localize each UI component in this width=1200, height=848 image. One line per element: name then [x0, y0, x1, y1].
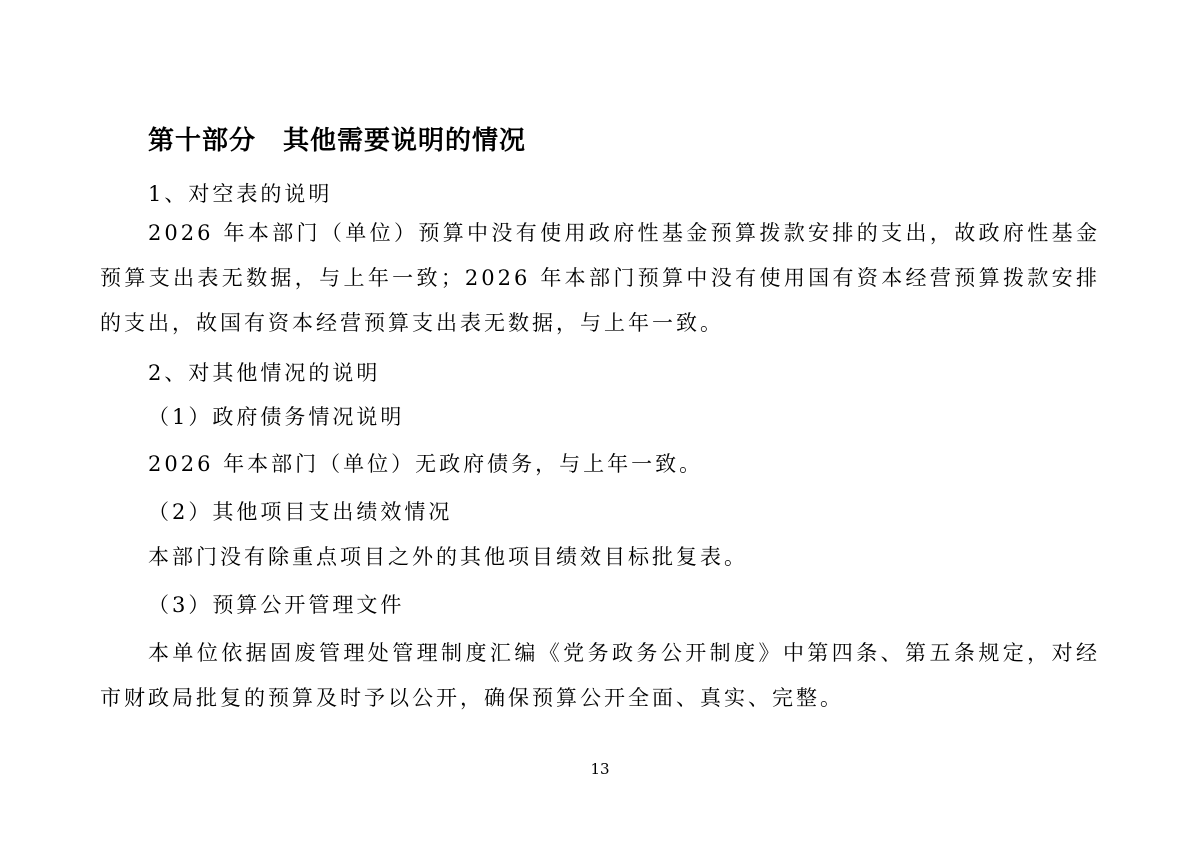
- subheading-government-debt: （1）政府债务情况说明: [100, 395, 1100, 440]
- paragraph-other-project-performance: 本部门没有除重点项目之外的其他项目绩效目标批复表。: [100, 535, 1100, 580]
- subheading-other-project-performance: （2）其他项目支出绩效情况: [100, 490, 1100, 535]
- subheading-budget-disclosure-documents: （3）预算公开管理文件: [100, 583, 1100, 628]
- paragraph-empty-tables-explanation: 2026 年本部门（单位）预算中没有使用政府性基金预算拨款安排的支出，故政府性基…: [100, 211, 1100, 346]
- subheading-other-situations: 2、对其他情况的说明: [100, 351, 1100, 396]
- paragraph-budget-disclosure-documents: 本单位依据固废管理处管理制度汇编《党务政务公开制度》中第四条、第五条规定，对经市…: [100, 631, 1100, 721]
- page-number: 13: [0, 760, 1200, 778]
- document-page: 第十部分 其他需要说明的情况 1、对空表的说明 2026 年本部门（单位）预算中…: [0, 0, 1200, 848]
- document-body: 第十部分 其他需要说明的情况 1、对空表的说明 2026 年本部门（单位）预算中…: [100, 0, 1100, 721]
- paragraph-government-debt: 2026 年本部门（单位）无政府债务，与上年一致。: [100, 442, 1100, 487]
- section-title: 第十部分 其他需要说明的情况: [100, 127, 1100, 155]
